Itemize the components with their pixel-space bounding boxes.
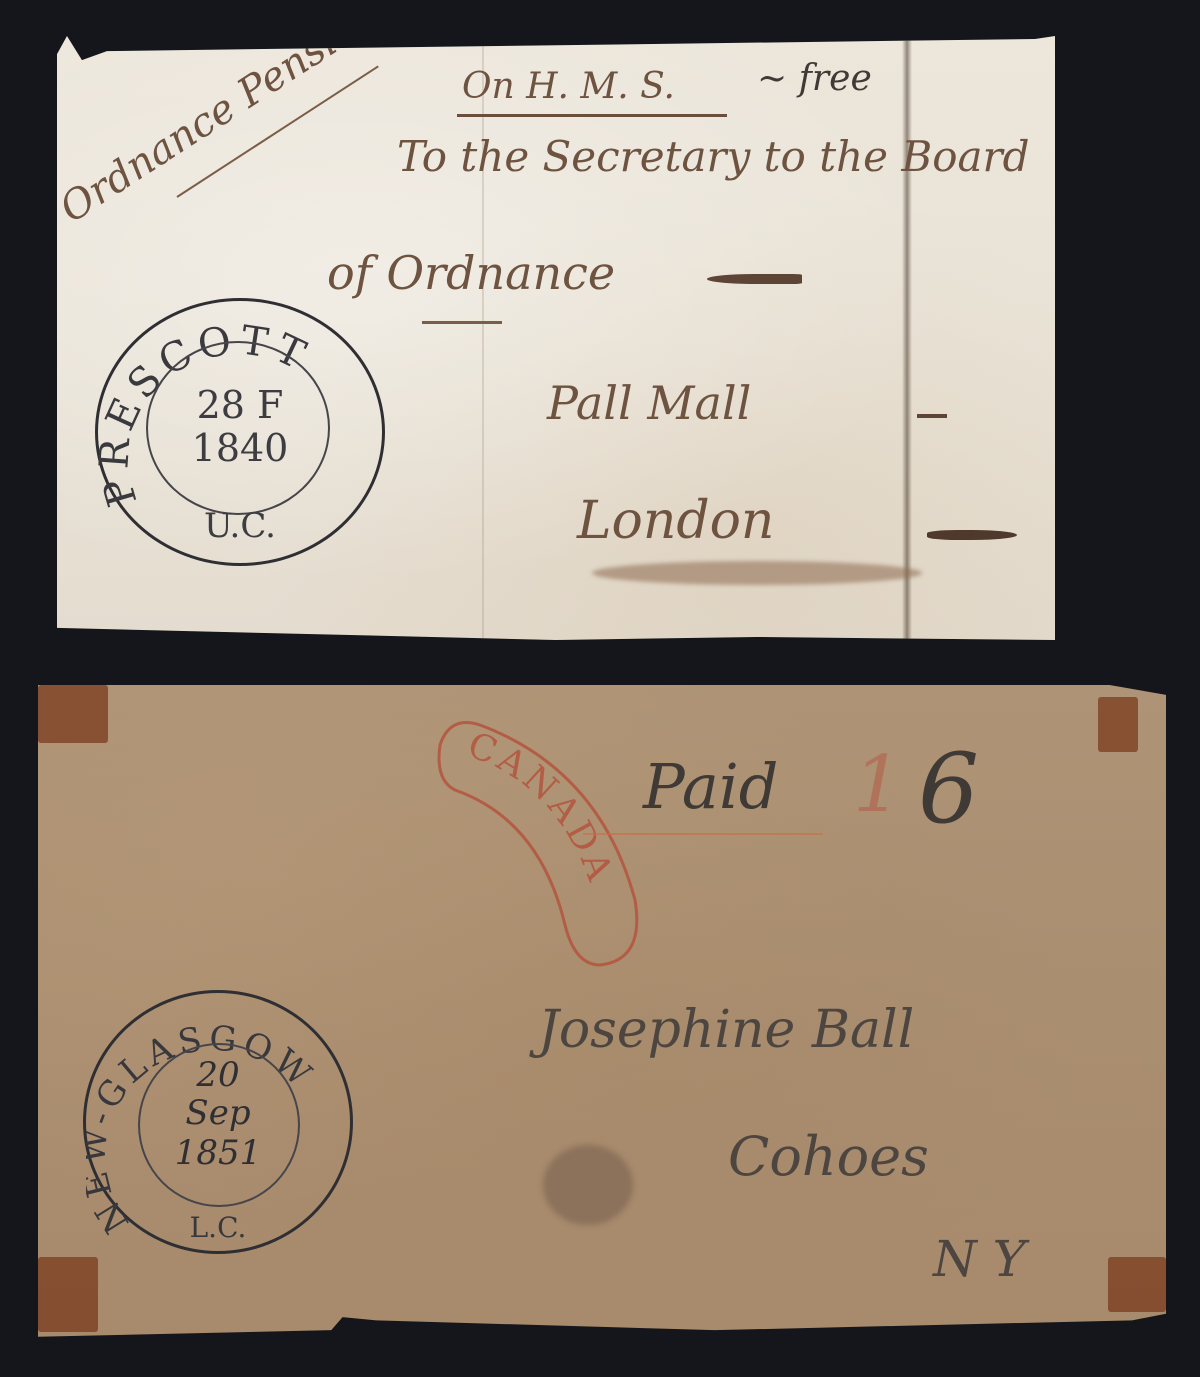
ink-flourish	[707, 274, 802, 284]
postmark-province: U.C.	[98, 506, 382, 546]
ink-flourish	[927, 530, 1017, 540]
paid-underline-red	[583, 833, 823, 835]
rate-red-numeral: 1	[853, 740, 903, 830]
paper-fold-dark	[902, 36, 912, 640]
canada-handstamp: CANADA	[430, 710, 660, 970]
cover-1-folded-letter: Ordnance Pensioner, On H. M. S. ~ free T…	[57, 36, 1055, 640]
address-line-2: of Ordnance	[327, 246, 615, 300]
paid-marking: Paid	[643, 750, 778, 823]
address-line-3: N Y	[933, 1230, 1026, 1288]
ink-flourish	[917, 414, 947, 418]
mounting-hinge	[38, 1257, 98, 1332]
address-line-4: London	[577, 491, 774, 551]
postmark-month: Sep	[86, 1093, 350, 1133]
mounting-hinge	[38, 685, 108, 743]
postmark-day: 20	[86, 1055, 350, 1095]
mounting-hinge	[1108, 1257, 1166, 1312]
postmark-year: 1840	[98, 426, 382, 470]
address-line-2: Cohoes	[728, 1125, 929, 1188]
ink-blot	[543, 1145, 633, 1225]
postmark-prescott: PRESCOTT 28 F 1840 U.C.	[95, 298, 385, 566]
header-on-hms: On H. M. S.	[462, 66, 675, 107]
postmark-province: L.C.	[86, 1211, 350, 1244]
side-note-ordnance-pensioner: Ordnance Pensioner,	[57, 36, 430, 232]
postmark-new-glasgow: NEW-GLASGOW 20 Sep 1851 L.C.	[83, 990, 353, 1254]
paper-fold	[482, 36, 484, 640]
cover-2-envelope: CANADA Paid 1 6 Josephine Ball Cohoes N …	[38, 685, 1166, 1340]
ink-smear	[592, 561, 922, 585]
ink-flourish	[422, 321, 502, 324]
rate-amount: 6	[918, 733, 979, 845]
address-line-1: Josephine Ball	[538, 1000, 914, 1060]
address-line-3: Pall Mall	[547, 376, 751, 430]
mounting-hinge	[1098, 697, 1138, 752]
header-free: ~ free	[757, 58, 872, 99]
postmark-day-month: 28 F	[98, 383, 382, 427]
header-underline	[457, 114, 727, 117]
address-line-1: To the Secretary to the Board	[397, 132, 1029, 181]
postmark-year: 1851	[86, 1133, 350, 1173]
